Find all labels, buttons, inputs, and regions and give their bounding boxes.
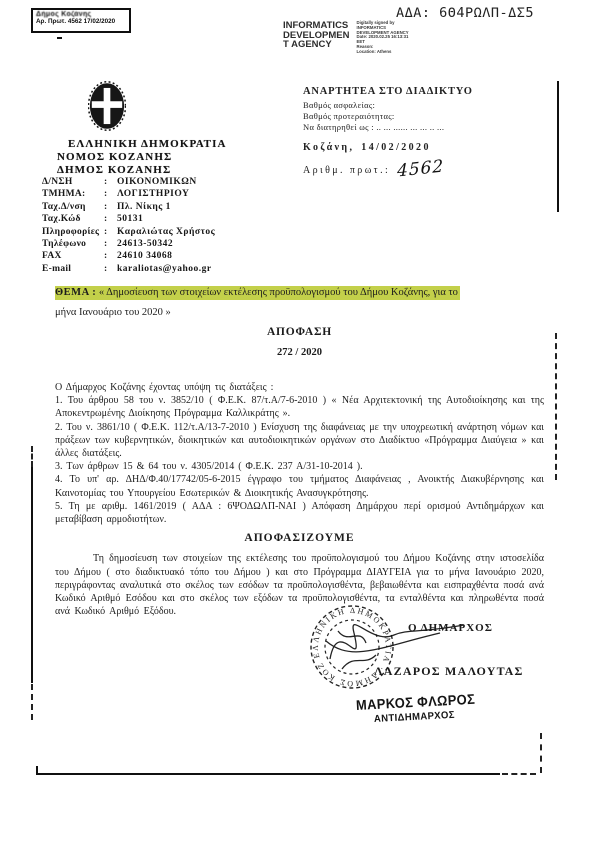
document-page: Δήμος Κοζάνης Αρ. Πρωτ. 4562 17/02/2020 …: [0, 0, 595, 842]
subject-text-line2: μήνα Ιανουάριο του 2020 »: [55, 305, 544, 320]
contact-separator: :: [104, 188, 117, 200]
municipality-label: ΔΗΜΟΣ ΚΟΖΑΝΗΣ: [57, 164, 227, 177]
contact-row: Δ/ΝΣΗ : ΟΙΚΟΝΟΜΙΚΩΝ: [42, 176, 215, 188]
subject-block: ΘΕΜΑ : « Δημοσίευση των στοιχείων εκτέλε…: [55, 285, 544, 325]
contact-label: Ταχ.Κώδ: [42, 213, 104, 225]
scan-artifact-right-dashes: [555, 333, 557, 480]
ada-code: ΑΔΑ: 6Θ4ΡΩΛΠ-ΔΣ5: [396, 5, 534, 21]
anartitea-label: ΑΝΑΡΤΗΤΕΑ ΣΤΟ ΔΙΑΔΙΚΤΥΟ: [303, 86, 563, 97]
contact-value: 24613-50342: [117, 238, 173, 250]
contact-separator: :: [104, 226, 117, 238]
scan-artifact-bottom-dashes: [502, 773, 536, 775]
contact-label: FAX: [42, 250, 104, 262]
contact-separator: :: [104, 263, 117, 275]
mayor-title: Ο ΔΗΜΑΡΧΟΣ: [408, 622, 493, 634]
contact-value: 50131: [117, 213, 143, 225]
hellenic-republic-label: ΕΛΛΗΝΙΚΗ ΔΗΜΟΚΡΑΤΙΑ: [68, 138, 227, 151]
scan-artifact-left-line: [31, 467, 33, 683]
protocol-stamp-municipality: Δήμος Κοζάνης: [36, 11, 126, 18]
legal-basis-item: 3. Των άρθρων 15 & 64 του ν. 4305/2014 (…: [55, 460, 544, 473]
contact-value: ΟΙΚΟΝΟΜΙΚΩΝ: [117, 176, 197, 188]
digital-signature-agency: INFORMATICS DEVELOPMEN T AGENCY: [283, 21, 350, 55]
scan-artifact-dash: [57, 37, 62, 39]
header-right: ΑΝΑΡΤΗΤΕΑ ΣΤΟ ΔΙΑΔΙΚΤΥΟ Βαθμός ασφαλείας…: [303, 86, 563, 176]
contact-label: Ταχ.Δ/νση: [42, 201, 104, 213]
contact-block: Δ/ΝΣΗ : ΟΙΚΟΝΟΜΙΚΩΝ ΤΜΗΜΑ: : ΛΟΓΙΣΤΗΡΙΟΥ…: [42, 176, 215, 275]
signature-detail-line: Location: Athens: [357, 50, 409, 55]
contact-row: ΤΜΗΜΑ: : ΛΟΓΙΣΤΗΡΙΟΥ: [42, 188, 215, 200]
scan-artifact-bottom-line: [36, 773, 500, 775]
contact-label: Τηλέφωνο: [42, 238, 104, 250]
legal-basis-item: 4. Το υπ' αρ. ΔΗΔ/Φ.40/17742/05-6-2015 έ…: [55, 473, 544, 499]
mayor-name: ΛΑΖΑΡΟΣ ΜΑΛΟΥΤΑΣ: [374, 664, 524, 679]
protocol-stamp: Δήμος Κοζάνης Αρ. Πρωτ. 4562 17/02/2020: [31, 8, 131, 33]
decision-number: 272 / 2020: [55, 347, 544, 358]
contact-label: Πληροφορίες: [42, 226, 104, 238]
contact-value: 24610 34068: [117, 250, 172, 262]
decision-title: ΑΠΟΦΑΣΗ: [55, 326, 544, 338]
body-intro: Ο Δήμαρχος Κοζάνης έχοντας υπόψη τις δια…: [55, 381, 544, 394]
contact-separator: :: [104, 201, 117, 213]
security-level-label: Βαθμός ασφαλείας:: [303, 100, 563, 111]
scan-artifact-right-dashes-bottom: [540, 733, 542, 773]
contact-value: Καραλιώτας Χρήστος: [117, 226, 215, 238]
subject-highlight: ΘΕΜΑ : « Δημοσίευση των στοιχείων εκτέλε…: [55, 286, 460, 300]
contact-row: Τηλέφωνο : 24613-50342: [42, 238, 215, 250]
contact-row: E-mail : karaliotas@yahoo.gr: [42, 263, 215, 275]
contact-label: E-mail: [42, 263, 104, 275]
protocol-stamp-number-date: Αρ. Πρωτ. 4562 17/02/2020: [36, 18, 126, 25]
protocol-number-line: Αριθμ. πρωτ.: 4562: [303, 162, 563, 176]
city-date: Κοζάνη, 14/02/2020: [303, 142, 563, 153]
retain-as-label: Να διατηρηθεί ως :: [303, 122, 374, 132]
contact-value: Πλ. Νίκης 1: [117, 201, 171, 213]
protocol-number-label: Αριθμ. πρωτ.:: [303, 165, 390, 176]
legal-basis-item: 5. Τη με αριθμ. 1461/2019 ( ΑΔΑ : 6ΨΟΔΩΛ…: [55, 500, 544, 526]
handwritten-protocol-number: 4562: [397, 159, 444, 178]
contact-row: FAX : 24610 34068: [42, 250, 215, 262]
contact-row: Ταχ.Κώδ : 50131: [42, 213, 215, 225]
contact-row: Ταχ.Δ/νση : Πλ. Νίκης 1: [42, 201, 215, 213]
legal-basis-item: 1. Του άρθρου 58 του ν. 3852/10 ( Φ.Ε.Κ.…: [55, 394, 544, 420]
contact-value: ΛΟΓΙΣΤΗΡΙΟΥ: [117, 188, 189, 200]
retain-as-dots: .. ... ...... ... ... .. ...: [376, 122, 444, 132]
subject-label: ΘΕΜΑ :: [55, 287, 96, 298]
scan-artifact-left-dashes: [31, 446, 33, 467]
prefecture-label: ΝΟΜΟΣ ΚΟΖΑΝΗΣ: [57, 151, 227, 164]
scan-artifact-right-line: [557, 81, 559, 212]
legal-basis-item: 2. Του ν. 3861/10 ( Φ.Ε.Κ. 112/τ.Α/13-7-…: [55, 421, 544, 461]
digital-signature-block: INFORMATICS DEVELOPMEN T AGENCY Digitall…: [283, 21, 409, 55]
ada-value: 6Θ4ΡΩΛΠ-ΔΣ5: [439, 5, 534, 21]
digital-signature-details: Digitally signed by INFORMATICS DEVELOPM…: [357, 21, 409, 55]
contact-value: karaliotas@yahoo.gr: [117, 263, 212, 275]
agency-line: T AGENCY: [283, 40, 350, 50]
header-left: ΕΛΛΗΝΙΚΗ ΔΗΜΟΚΡΑΤΙΑ ΝΟΜΟΣ ΚΟΖΑΝΗΣ ΔΗΜΟΣ …: [57, 138, 227, 176]
contact-label: Δ/ΝΣΗ: [42, 176, 104, 188]
ada-label: ΑΔΑ:: [396, 5, 431, 21]
contact-separator: :: [104, 238, 117, 250]
subject-text-line1: « Δημοσίευση των στοιχείων εκτέλεσης προ…: [99, 287, 458, 298]
greek-emblem-icon: [88, 80, 126, 132]
contact-separator: :: [104, 213, 117, 225]
retain-as-line: Να διατηρηθεί ως : .. ... ...... ... ...…: [303, 122, 563, 133]
contact-separator: :: [104, 250, 117, 262]
contact-separator: :: [104, 176, 117, 188]
contact-label: ΤΜΗΜΑ:: [42, 188, 104, 200]
priority-level-label: Βαθμός προτεραιότητας:: [303, 111, 563, 122]
decide-heading: ΑΠΟΦΑΣΙΖΟΥΜΕ: [55, 532, 544, 545]
contact-row: Πληροφορίες : Καραλιώτας Χρήστος: [42, 226, 215, 238]
scan-artifact-left-dashes-bottom: [31, 684, 33, 720]
